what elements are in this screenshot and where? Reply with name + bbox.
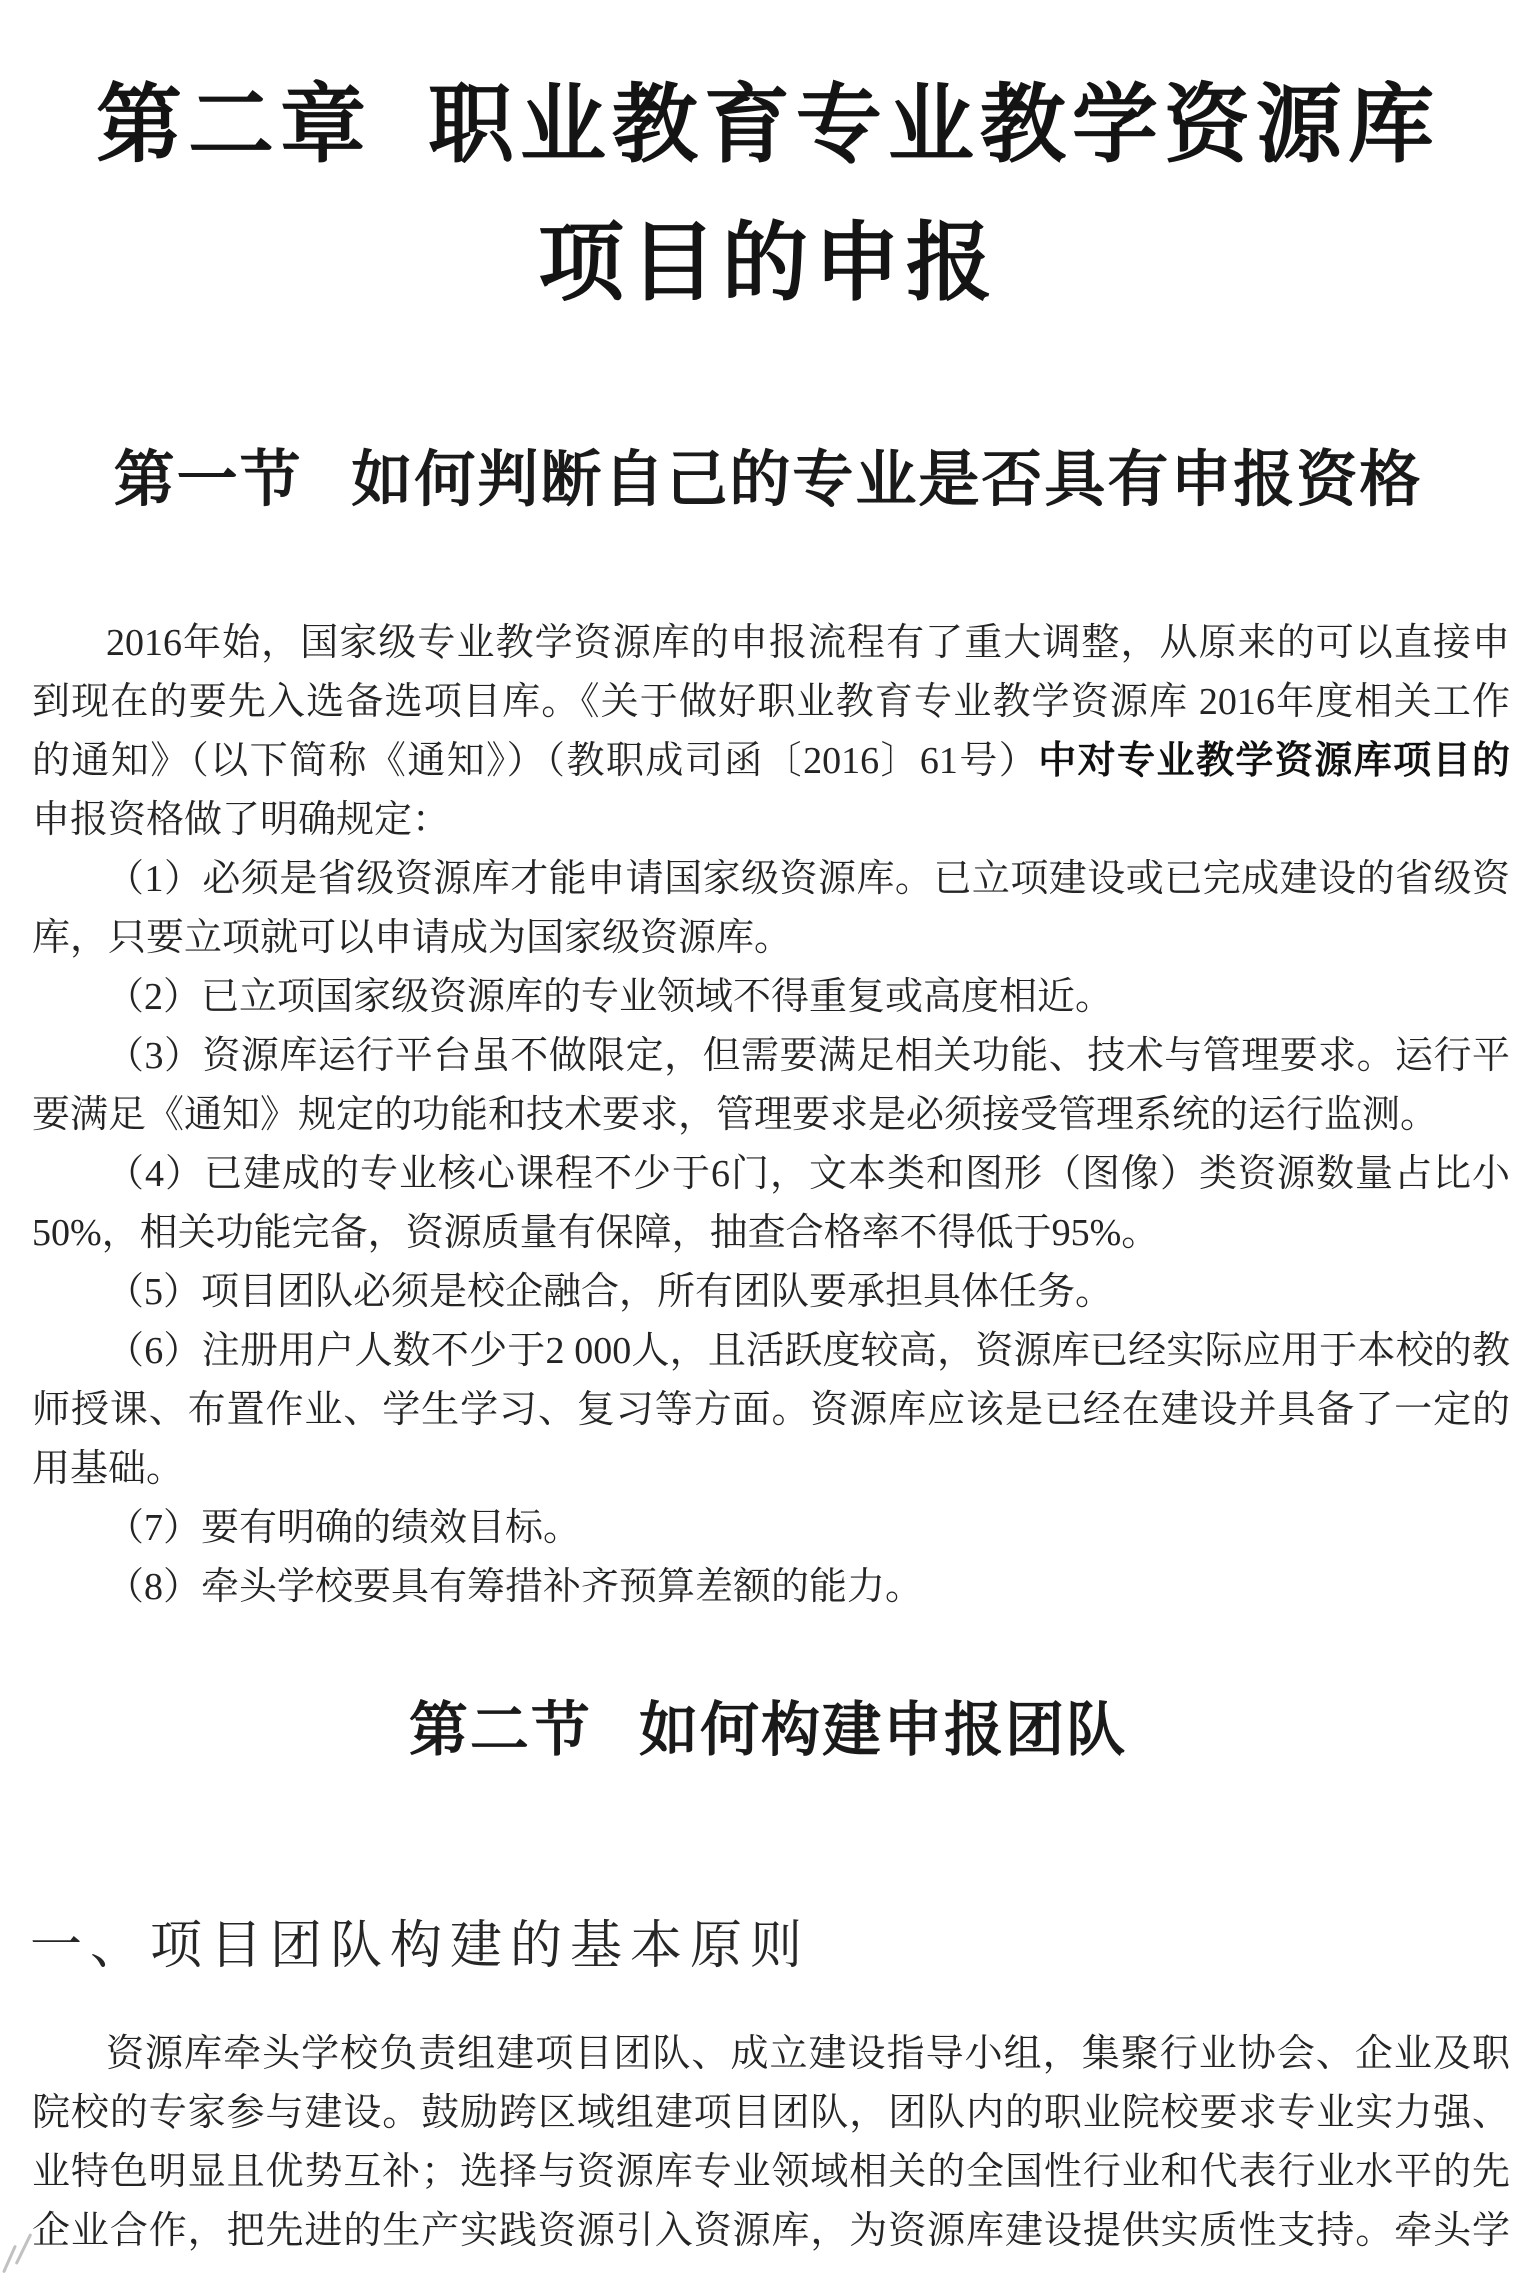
section1-number: 第一节 bbox=[114, 444, 303, 515]
section1-title: 如何判断自己的专业是否具有申报资格 bbox=[351, 444, 1422, 515]
chapter-heading: 第二章职业教育专业教学资源库 项目的申报 bbox=[0, 0, 1536, 332]
scan-corner-mark bbox=[2, 2226, 36, 2276]
requirement-line: （7）要有明确的绩效目标。 bbox=[32, 1499, 1510, 1558]
requirement-line: （1）必须是省级资源库才能申请国家级资源库。已立项建设或已完成建设的省级资源 bbox=[32, 850, 1510, 909]
requirement-line: （2）已立项国家级资源库的专业领域不得重复或高度相近。 bbox=[32, 968, 1510, 1027]
section1-heading: 第一节如何判断自己的专业是否具有申报资格 bbox=[0, 440, 1536, 520]
section2-number: 第二节 bbox=[409, 1695, 592, 1764]
chapter-title-line1: 第二章职业教育专业教学资源库 bbox=[0, 56, 1536, 194]
requirement-line: 用基础。 bbox=[32, 1440, 1510, 1499]
paragraph-segment-bold: 中对专业教学资源库项目的 bbox=[1038, 740, 1510, 782]
paragraph-line: 申报资格做了明确规定： bbox=[32, 791, 1510, 850]
section2-heading: 第二节如何构建申报团队 bbox=[0, 1690, 1536, 1770]
book-page: 第二章职业教育专业教学资源库 项目的申报 第一节如何判断自己的专业是否具有申报资… bbox=[0, 0, 1536, 2280]
section2-title: 如何构建申报团队 bbox=[639, 1695, 1127, 1764]
requirement-line: （4）已建成的专业核心课程不少于6门，文本类和图形（图像）类资源数量占比小于 bbox=[32, 1145, 1510, 1204]
requirement-line: 要满足《通知》规定的功能和技术要求，管理要求是必须接受管理系统的运行监测。 bbox=[32, 1086, 1510, 1145]
section2-body: 资源库牵头学校负责组建项目团队、成立建设指导小组，集聚行业协会、企业及职业 院校… bbox=[32, 2025, 1510, 2261]
paragraph-segment: 的通知》（以下简称《通知》）（教职成司函〔2016〕61号） bbox=[32, 740, 1038, 782]
paragraph-line: 资源库牵头学校负责组建项目团队、成立建设指导小组，集聚行业协会、企业及职业 bbox=[32, 2025, 1510, 2084]
paragraph-line: 企业合作，把先进的生产实践资源引入资源库，为资源库建设提供实质性支持。牵头学校 bbox=[32, 2202, 1510, 2261]
chapter-number: 第二章 bbox=[96, 74, 372, 175]
requirement-line: （3）资源库运行平台虽不做限定，但需要满足相关功能、技术与管理要求。运行平台 bbox=[32, 1027, 1510, 1086]
requirement-line: 库，只要立项就可以申请成为国家级资源库。 bbox=[32, 909, 1510, 968]
requirement-line: （6）注册用户人数不少于2 000人，且活跃度较高，资源库已经实际应用于本校的教 bbox=[32, 1322, 1510, 1381]
paragraph-line: 业特色明显且优势互补；选择与资源库专业领域相关的全国性行业和代表行业水平的先进 bbox=[32, 2143, 1510, 2202]
requirement-line: （5）项目团队必须是校企融合，所有团队要承担具体任务。 bbox=[32, 1263, 1510, 1322]
chapter-title-text: 职业教育专业教学资源库 bbox=[428, 74, 1440, 175]
subsection1-heading: 一、项目团队构建的基本原则 bbox=[30, 1916, 1536, 1976]
paragraph-line: 的通知》（以下简称《通知》）（教职成司函〔2016〕61号）中对专业教学资源库项… bbox=[32, 732, 1510, 791]
requirement-line: 50%，相关功能完备，资源质量有保障，抽查合格率不得低于95%。 bbox=[32, 1204, 1510, 1263]
paragraph-line: 2016年始，国家级专业教学资源库的申报流程有了重大调整，从原来的可以直接申报 bbox=[32, 614, 1510, 673]
paragraph-line: 院校的专家参与建设。鼓励跨区域组建项目团队，团队内的职业院校要求专业实力强、专 bbox=[32, 2084, 1510, 2143]
requirement-line: 师授课、布置作业、学生学习、复习等方面。资源库应该是已经在建设并具备了一定的应 bbox=[32, 1381, 1510, 1440]
paragraph-line: 到现在的要先入选备选项目库。《关于做好职业教育专业教学资源库 2016年度相关工… bbox=[32, 673, 1510, 732]
chapter-title-line2: 项目的申报 bbox=[0, 194, 1536, 332]
requirement-line: （8）牵头学校要具有筹措补齐预算差额的能力。 bbox=[32, 1558, 1510, 1617]
section1-body: 2016年始，国家级专业教学资源库的申报流程有了重大调整，从原来的可以直接申报 … bbox=[32, 614, 1510, 1617]
